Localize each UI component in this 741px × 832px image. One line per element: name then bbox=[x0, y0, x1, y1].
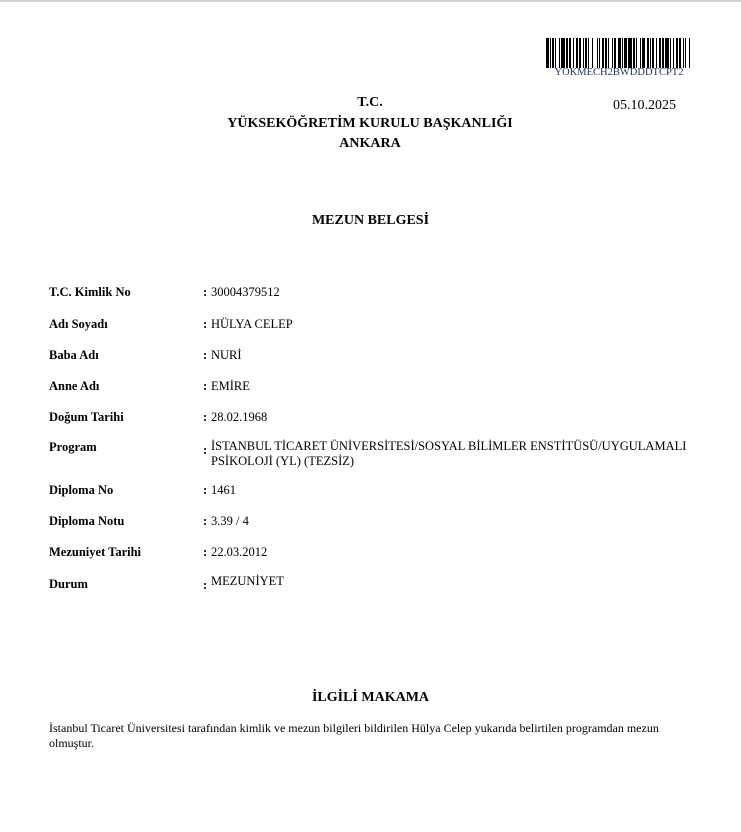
addressee-paragraph: İstanbul Ticaret Üniversitesi tarafından… bbox=[49, 721, 694, 751]
field-colon: : bbox=[203, 483, 207, 498]
field-label: Mezuniyet Tarihi bbox=[49, 545, 141, 560]
field-colon: : bbox=[203, 545, 207, 560]
addressee-title: İLGİLİ MAKAMA bbox=[0, 690, 741, 706]
field-value: İSTANBUL TİCARET ÜNİVERSİTESİ/SOSYAL BİL… bbox=[211, 439, 711, 469]
field-colon: : bbox=[203, 348, 207, 363]
field-label: Diploma No bbox=[49, 483, 113, 498]
field-label: T.C. Kimlik No bbox=[49, 285, 131, 300]
field-value: 30004379512 bbox=[211, 285, 280, 300]
field-value: 1461 bbox=[211, 483, 236, 498]
field-colon: : bbox=[203, 285, 207, 300]
field-colon: : bbox=[203, 578, 207, 593]
barcode-code: YOKMECH2BWDDDTCPT2 bbox=[546, 67, 692, 78]
field-value: 28.02.1968 bbox=[211, 410, 267, 425]
field-label: Doğum Tarihi bbox=[49, 410, 124, 425]
field-label: Program bbox=[49, 440, 97, 455]
barcode-image bbox=[546, 38, 692, 68]
page-top-border bbox=[0, 0, 741, 2]
field-value: 22.03.2012 bbox=[211, 545, 267, 560]
field-label: Baba Adı bbox=[49, 348, 99, 363]
field-value: EMİRE bbox=[211, 379, 250, 394]
field-label: Diploma Notu bbox=[49, 514, 124, 529]
field-label: Anne Adı bbox=[49, 379, 99, 394]
field-value: NURİ bbox=[211, 348, 242, 363]
field-value: 3.39 / 4 bbox=[211, 514, 249, 529]
document-title: MEZUN BELGESİ bbox=[0, 213, 741, 229]
field-value: MEZUNİYET bbox=[211, 574, 284, 589]
document-date: 05.10.2025 bbox=[613, 98, 676, 114]
header-city: ANKARA bbox=[200, 136, 540, 152]
field-label: Durum bbox=[49, 577, 88, 592]
field-colon: : bbox=[203, 410, 207, 425]
header-institution: YÜKSEKÖĞRETİM KURULU BAŞKANLIĞI bbox=[200, 116, 540, 132]
field-colon: : bbox=[203, 443, 207, 458]
header-tc: T.C. bbox=[200, 95, 540, 111]
field-value: HÜLYA CELEP bbox=[211, 317, 293, 332]
field-label: Adı Soyadı bbox=[49, 317, 108, 332]
field-colon: : bbox=[203, 317, 207, 332]
field-colon: : bbox=[203, 514, 207, 529]
field-colon: : bbox=[203, 379, 207, 394]
